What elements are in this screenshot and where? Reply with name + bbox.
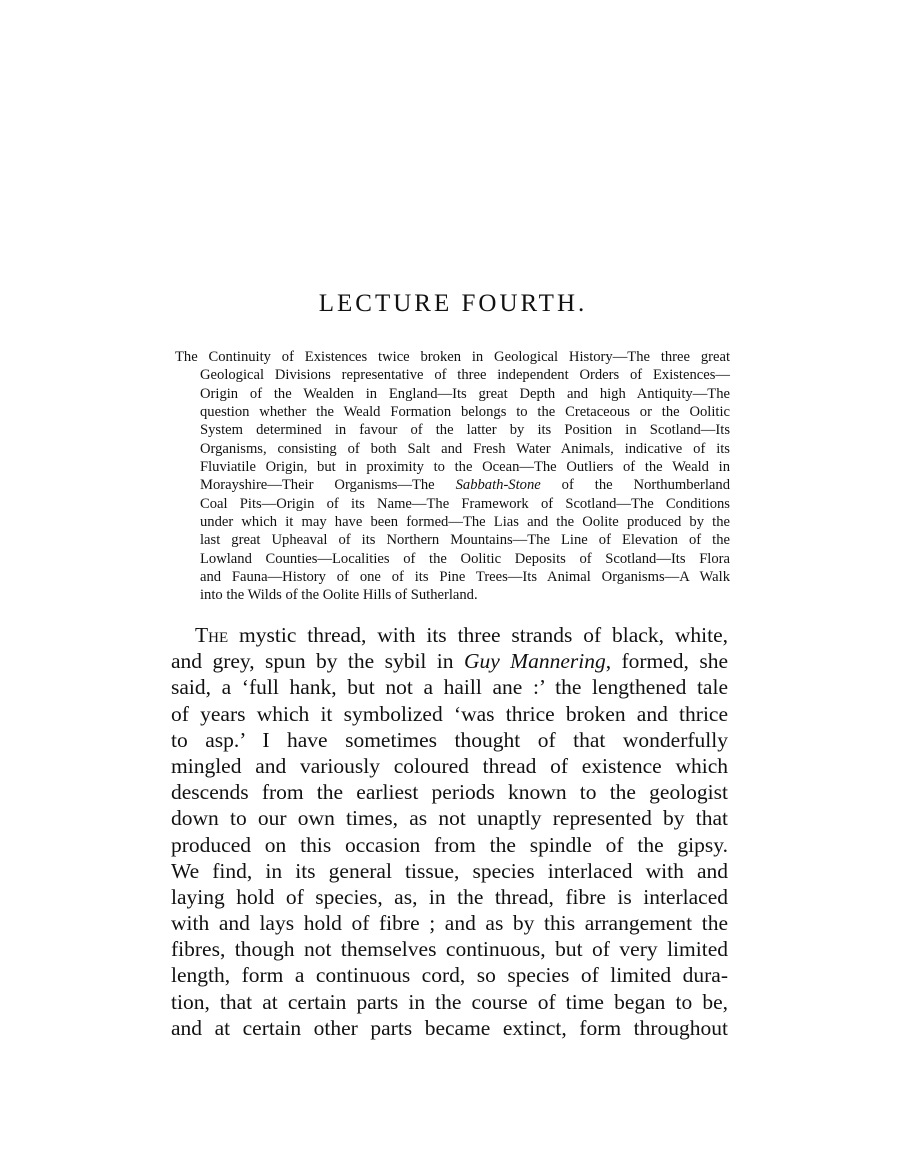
body-line: produced on this occasion from the spind… [171,832,728,858]
book-page: LECTURE FOURTH. The Continuity of Existe… [0,0,900,1150]
synopsis-line: Morayshire—Their Organisms—The Sabbath-S… [175,476,730,494]
body-text: mystic thread, with its three strands of… [228,623,728,647]
body-line: down to our own times, as not unaptly re… [171,805,728,831]
body-line: with and lays hold of fibre ; and as by … [171,910,728,936]
body-paragraph: The mystic thread, with its three strand… [171,622,728,1041]
body-text: and grey, spun by the sybil in [171,649,464,673]
body-line: of years which it symbolized ‘was thrice… [171,701,728,727]
drop-word: The [195,623,228,647]
synopsis-line: Origin of the Wealden in England—Its gre… [175,385,730,403]
synopsis-line: Organisms, consisting of both Salt and F… [175,440,730,458]
book-title-italic: Guy Mannering [464,649,606,673]
body-line: mingled and variously coloured thread of… [171,753,728,779]
body-line: to asp.’ I have sometimes thought of tha… [171,727,728,753]
synopsis-line: The Continuity of Existences twice broke… [175,348,730,366]
synopsis-text: of the Northumberland [541,477,730,493]
body-line: and at certain other parts became extinc… [171,1015,728,1041]
body-line: We find, in its general tissue, species … [171,858,728,884]
lecture-heading: LECTURE FOURTH. [0,290,900,318]
synopsis-line: under which it may have been formed—The … [175,513,730,531]
body-line: said, a ‘full hank, but not a haill ane … [171,674,728,700]
synopsis-italic-term: Sabbath-Stone [456,477,541,493]
synopsis-line: question whether the Weald Formation bel… [175,403,730,421]
synopsis-line: Fluviatile Origin, but in proximity to t… [175,458,730,476]
chapter-synopsis: The Continuity of Existences twice broke… [175,348,730,605]
synopsis-line: and Fauna—History of one of its Pine Tre… [175,568,730,586]
synopsis-line: Lowland Counties—Localities of the Oolit… [175,550,730,568]
body-line: length, form a continuous cord, so speci… [171,962,728,988]
body-line: The mystic thread, with its three strand… [171,622,728,648]
body-line: fibres, though not themselves continuous… [171,936,728,962]
synopsis-line: last great Upheaval of its Northern Moun… [175,531,730,549]
body-line: and grey, spun by the sybil in Guy Manne… [171,648,728,674]
body-line: descends from the earliest periods known… [171,779,728,805]
synopsis-line: Geological Divisions representative of t… [175,366,730,384]
synopsis-line: into the Wilds of the Oolite Hills of Su… [175,586,730,604]
body-text: , formed, she [606,649,728,673]
synopsis-line: System determined in favour of the latte… [175,421,730,439]
body-line: laying hold of species, as, in the threa… [171,884,728,910]
synopsis-line: Coal Pits—Origin of its Name—The Framewo… [175,495,730,513]
synopsis-text: Morayshire—Their Organisms—The [200,477,456,493]
body-line: tion, that at certain parts in the cours… [171,989,728,1015]
